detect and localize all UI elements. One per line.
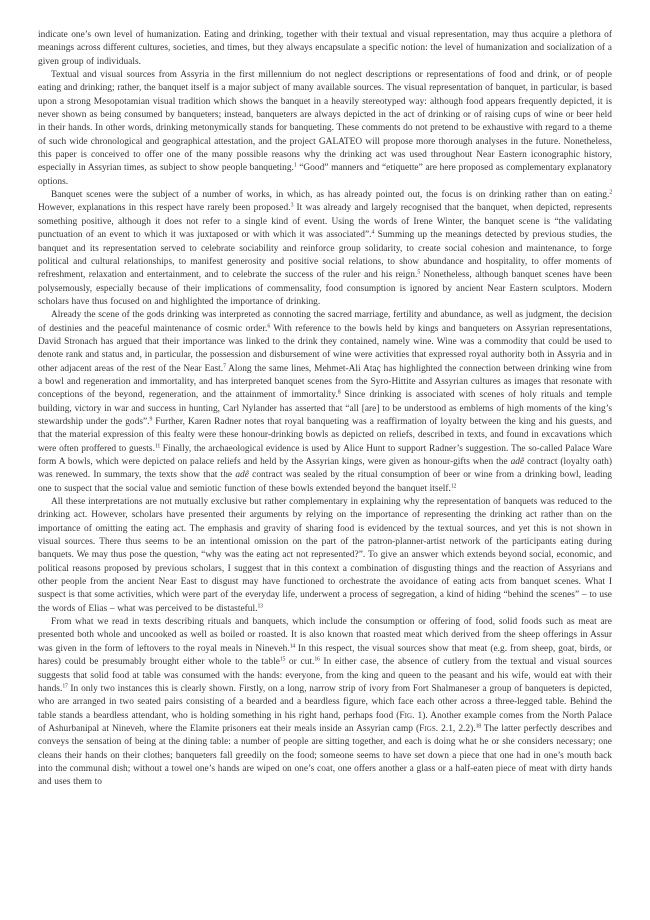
body-text: Textual and visual sources from Assyria … (38, 70, 612, 173)
smallcaps-figure-ref: Figs (419, 724, 436, 734)
italic-term: adê (511, 457, 525, 467)
paragraph: Already the scene of the gods drinking w… (38, 309, 612, 496)
document-body: indicate one’s own level of humanization… (38, 29, 612, 790)
footnote-marker: 12 (451, 483, 456, 489)
body-text: . 2.1, 2.2). (436, 724, 476, 734)
body-text: Banquet scenes were the subject of a num… (51, 190, 609, 200)
footnote-marker: 13 (257, 603, 262, 609)
paragraph: From what we read in texts describing ri… (38, 616, 612, 789)
body-text: All these interpretations are not mutual… (38, 497, 612, 614)
body-text: or cut. (285, 657, 314, 667)
paragraph: indicate one’s own level of humanization… (38, 29, 612, 69)
paragraph: Banquet scenes were the subject of a num… (38, 189, 612, 309)
paragraph: Textual and visual sources from Assyria … (38, 69, 612, 189)
body-text: However, explanations in this respect ha… (38, 203, 291, 213)
document-page: indicate one’s own level of humanization… (0, 0, 650, 920)
smallcaps-figure-ref: Fig (399, 711, 412, 721)
paragraph: All these interpretations are not mutual… (38, 496, 612, 616)
footnote-marker: 2 (609, 190, 612, 196)
italic-term: adê (235, 470, 249, 480)
body-text: indicate one’s own level of humanization… (38, 30, 612, 67)
